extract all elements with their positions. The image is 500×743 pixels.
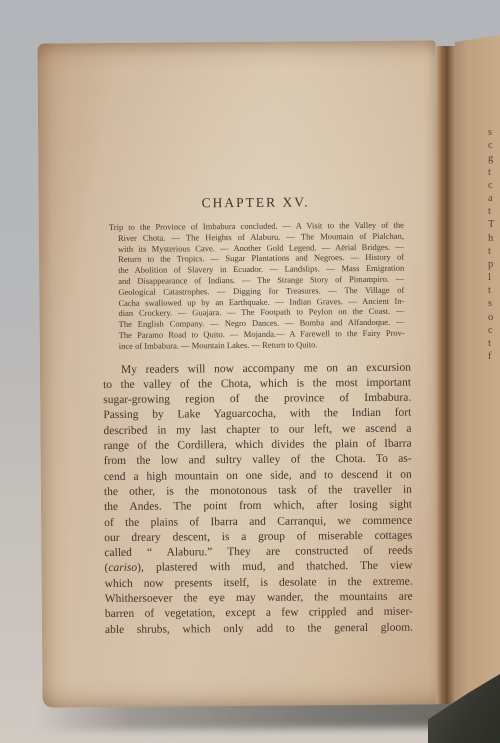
edge-letter: T [488,218,500,231]
book-photo: CHAPTER XV. Trip to the Province of Imba… [0,0,500,743]
facing-page-edge: scgtcatThtpltsoctf [455,34,500,704]
edge-letter: h [488,232,500,245]
edge-letter: s [488,297,500,310]
summary-line: The Paramo Road to Quito. — Mojanda.— A … [119,328,405,341]
chapter-summary: Trip to the Province of Imbabura conclud… [109,220,405,352]
edge-letter: c [488,179,500,192]
edge-letter: t [488,166,500,179]
edge-letter: o [488,311,500,324]
edge-letter: l [488,271,500,284]
summary-line: ince of Imbabura. — Mountain Lakes. — Re… [119,338,405,351]
edge-letter: t [488,245,500,258]
edge-letter: t [488,337,500,350]
edge-letter: p [488,258,500,271]
edge-letter: c [488,139,500,152]
chapter-heading: CHAPTER XV. [103,194,409,212]
edge-letter: s [488,126,500,139]
body-line: the Andes. The point from which, after l… [104,498,412,516]
body-text: My readers will now accompany me on an e… [103,360,413,638]
edge-letter: t [488,205,500,218]
left-page: CHAPTER XV. Trip to the Province of Imba… [37,40,440,707]
edge-letter: f [488,350,500,363]
body-line: able shrubs, which only add to the gener… [105,620,413,638]
edge-letter: t [488,284,500,297]
edge-letter: a [488,192,500,205]
book-gutter [436,46,456,704]
edge-letter: c [488,324,500,337]
edge-letter: g [488,152,500,165]
facing-page-text-fragments: scgtcatThtpltsoctf [488,126,500,363]
